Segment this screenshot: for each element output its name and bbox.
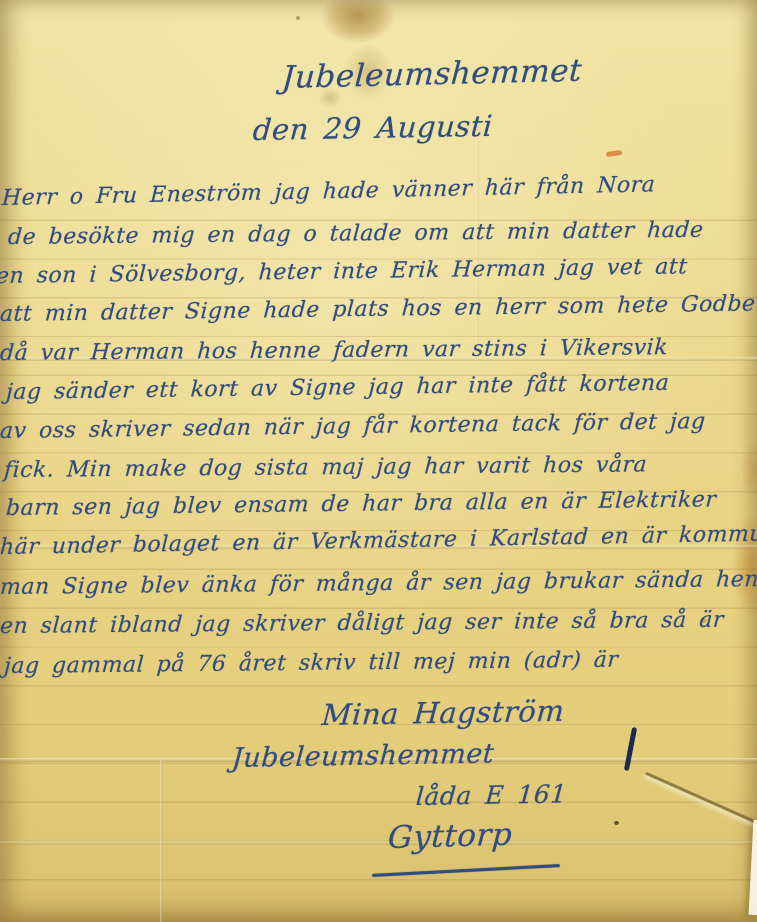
signature-underline: [372, 864, 560, 877]
letter-heading-place: Jubeleumshemmet: [281, 53, 583, 96]
letter-body-line: av oss skriver sedan när jag får kortena…: [0, 409, 706, 444]
letter-body-line: man Signe blev änka för många år sen jag…: [0, 567, 757, 600]
letter-paper: Jubeleumshemmet den 29 Augusti Herr o Fr…: [0, 0, 757, 922]
fold-crease-vertical: [160, 760, 163, 922]
letter-body-line: en son i Sölvesborg, heter inte Erik Her…: [0, 254, 688, 289]
ink-speck: [614, 821, 619, 825]
letter-body-line: jag sänder ett kort av Signe jag har int…: [5, 371, 670, 405]
signature-address1: Jubeleumshemmet: [231, 738, 495, 774]
pen-stroke-mark: [624, 727, 637, 771]
letter-body-line: fick. Min make dog sista maj jag har var…: [3, 452, 648, 483]
signature-name: Mina Hagström: [321, 694, 566, 732]
letter-body-line: här under bolaget en är Verkmästare i Ka…: [0, 521, 757, 560]
letter-body-line: då var Herman hos henne fadern var stins…: [0, 335, 669, 366]
letter-body-line: de besökte mig en dag o talade om att mi…: [7, 218, 704, 250]
letter-heading-date: den 29 Augusti: [252, 109, 494, 147]
letter-body-line: en slant ibland jag skriver dåligt jag s…: [0, 608, 725, 639]
paper-tear: [645, 772, 757, 828]
letter-body-line: barn sen jag blev ensam de har bra alla …: [5, 487, 717, 521]
signature-place: Gyttorp: [387, 817, 513, 856]
fold-crease: [0, 841, 757, 845]
signature-address2: låda E 161: [415, 779, 568, 811]
letter-body-line: Herr o Fru Eneström jag hade vänner här …: [1, 172, 656, 211]
paper-speck: [296, 16, 300, 20]
paper-tear-corner: [749, 820, 757, 915]
letter-body-line: att min datter Signe hade plats hos en h…: [0, 291, 757, 327]
rust-stain: [606, 150, 623, 157]
letter-body-line: jag gammal på 76 året skriv till mej min…: [3, 648, 619, 679]
